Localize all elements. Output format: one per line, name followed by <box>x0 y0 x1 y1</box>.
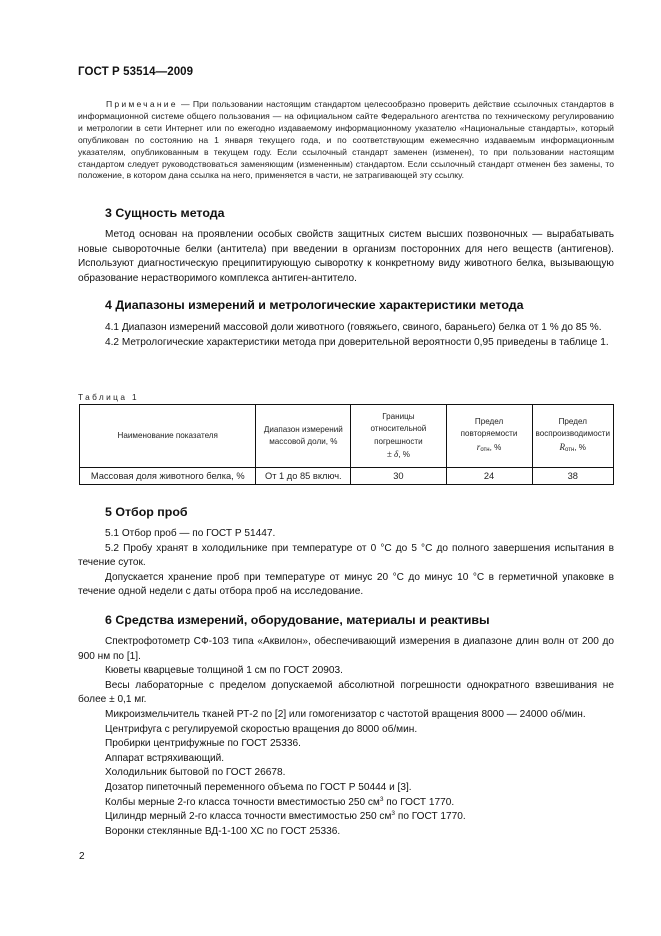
list-item: Колбы мерные 2-го класса точности вмести… <box>78 796 614 811</box>
cell-reproducibility: 38 <box>532 468 613 485</box>
header-name: Наименование показателя <box>80 405 256 468</box>
paragraph-4-1: 4.1 Диапазон измерений массовой доли жив… <box>78 321 614 336</box>
list-item: Холодильник бытовой по ГОСТ 26678. <box>78 766 614 781</box>
table-row: Массовая доля животного белка, % От 1 до… <box>80 468 614 485</box>
paragraph-5-3: Допускается хранение проб при температур… <box>78 571 614 600</box>
paragraph-5-2: 5.2 Пробу хранят в холодильнике при темп… <box>78 542 614 571</box>
header-range: Диапазон измерений массовой доли, % <box>256 405 351 468</box>
list-item: Цилиндр мерный 2-го класса точности вмес… <box>78 810 614 825</box>
list-item: Микроизмельчитель тканей РТ-2 по [2] или… <box>78 708 614 723</box>
paragraph-5-1: 5.1 Отбор проб — по ГОСТ Р 51447. <box>78 527 614 542</box>
header-reproducibility: Предел воспроизводимости Rотн, % <box>532 405 613 468</box>
note-text: — При пользовании настоящим стандартом ц… <box>78 99 614 180</box>
cell-name: Массовая доля животного белка, % <box>80 468 256 485</box>
table-caption: Таблица 1 <box>78 392 139 402</box>
cell-error: 30 <box>351 468 446 485</box>
list-item: Кюветы кварцевые толщиной 1 см по ГОСТ 2… <box>78 664 614 679</box>
section-6-heading: 6 Средства измерений, оборудование, мате… <box>105 613 490 627</box>
table-header-row: Наименование показателя Диапазон измерен… <box>80 405 614 468</box>
section-6-body: Спектрофотометр СФ-103 типа «Аквилон», о… <box>78 635 614 839</box>
document-page: ГОСТ Р 53514—2009 Примечание — При польз… <box>0 0 661 936</box>
cell-repeatability: 24 <box>446 468 532 485</box>
list-item: Дозатор пипеточный переменного объема по… <box>78 781 614 796</box>
section-3-body: Метод основан на проявлении особых свойс… <box>78 228 614 286</box>
section-5-body: 5.1 Отбор проб — по ГОСТ Р 51447. 5.2 Пр… <box>78 527 614 600</box>
header-error: Границы относительной погрешности ± δ, % <box>351 405 446 468</box>
section-5-heading: 5 Отбор проб <box>105 505 188 519</box>
list-item: Спектрофотометр СФ-103 типа «Аквилон», о… <box>78 635 614 664</box>
cell-range: От 1 до 85 включ. <box>256 468 351 485</box>
document-id-header: ГОСТ Р 53514—2009 <box>78 66 193 78</box>
paragraph-4-2: 4.2 Метрологические характеристики метод… <box>78 336 614 351</box>
list-item: Воронки стеклянные ВД-1-100 ХС по ГОСТ 2… <box>78 825 614 840</box>
metrology-table: Наименование показателя Диапазон измерен… <box>79 404 614 485</box>
header-repeatability: Предел повторяемости rотн, % <box>446 405 532 468</box>
paragraph: Метод основан на проявлении особых свойс… <box>78 228 614 286</box>
note-paragraph: Примечание — При пользовании настоящим с… <box>78 99 614 182</box>
section-4-heading: 4 Диапазоны измерений и метрологические … <box>105 298 524 312</box>
list-item: Аппарат встряхивающий. <box>78 752 614 767</box>
section-3-heading: 3 Сущность метода <box>105 206 225 220</box>
list-item: Центрифуга с регулируемой скоростью вращ… <box>78 723 614 738</box>
list-item: Весы лабораторные с пределом допускаемой… <box>78 679 614 708</box>
note-label: Примечание <box>106 99 178 109</box>
list-item: Пробирки центрифужные по ГОСТ 25336. <box>78 737 614 752</box>
page-number: 2 <box>79 851 85 862</box>
section-4-body: 4.1 Диапазон измерений массовой доли жив… <box>78 321 614 350</box>
